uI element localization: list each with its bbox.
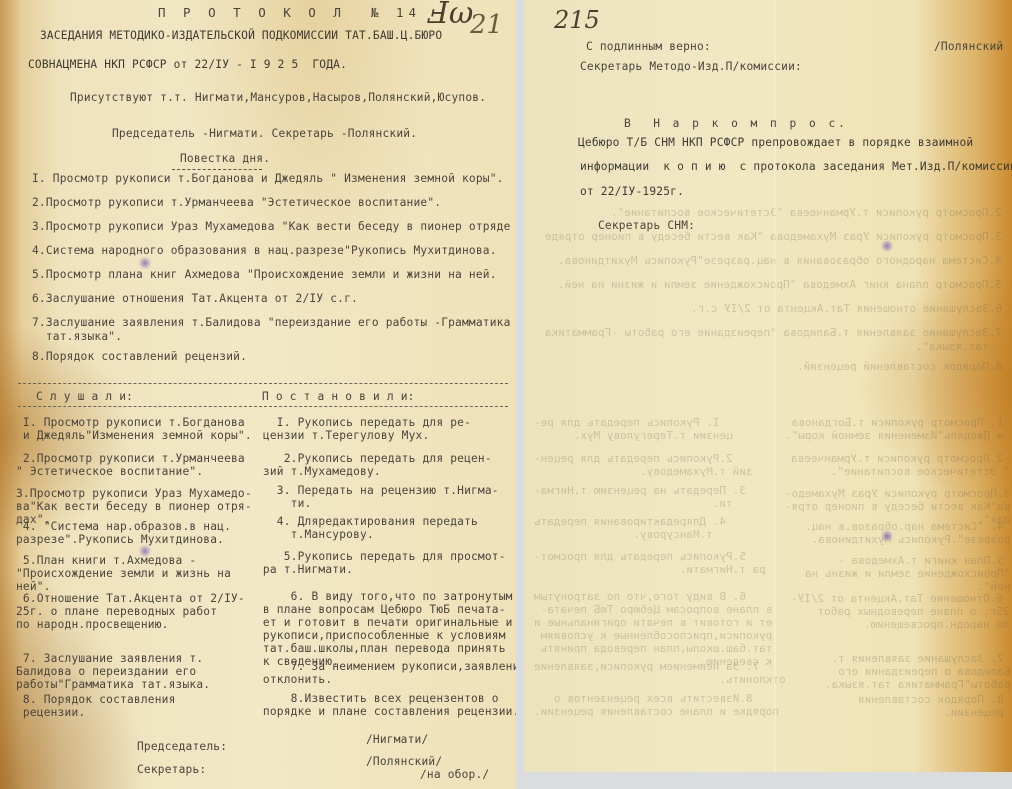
bleed-text: 8.Порядок составлений рецензий. (797, 360, 1002, 374)
heard-item: 6.Отношение Тат.Акцента от 2/IУ- 25г. о … (16, 592, 245, 631)
agenda-item: 6.Заслушание отношения Тат.Акцента от 2/… (32, 292, 358, 306)
heard-item: 2.Просмотр рукописи т.Урманчеева " Эстет… (16, 452, 245, 478)
body-line-2: информации к о п и ю с протокола заседан… (580, 160, 1012, 174)
decided-item: 3. Передать на рецензию т.Нигма- ти. (256, 484, 499, 510)
bleed-text: 6. В виду того,что по затронутым в плане… (534, 590, 779, 668)
agenda-underline (172, 169, 262, 170)
bleed-text: 3. Передать на рецензию т.Нигма- ти. (534, 484, 766, 510)
agenda-item: 8.Порядок составлений рецензий. (32, 350, 247, 364)
handwritten-mark: Ⅎω (428, 0, 473, 31)
agenda-item: 5.Просмотр плана книг Ахмедова "Происхож… (32, 268, 497, 282)
left-page-protocol: Ⅎω 21 П Р О Т О К О Л № 14 ЗАСЕДАНИЯ МЕТ… (0, 0, 516, 789)
ink-stain (880, 530, 894, 542)
agenda-item: 2.Просмотр рукописи т.Урманчеева "Эстети… (32, 196, 441, 210)
agenda-item: 3.Просмотр рукописи Ураз Мухамедова "Как… (32, 220, 511, 234)
secretary-signature: /Полянский/ (366, 755, 442, 769)
bleed-text: 5.Просмотр плана книг Ахмедова "Происхож… (558, 278, 1002, 292)
snm-secretary: Секретарь СНМ: (598, 219, 695, 233)
ink-stain (138, 257, 152, 269)
agenda-item: 4.Система народного образования в нац.ра… (32, 244, 497, 258)
bleed-text: 5.Рукопись передать для просмот- ра т.Ни… (534, 550, 772, 576)
bleed-text: 5.План книги т.Ахмедова - "Происхождение… (805, 554, 1010, 593)
bleed-text: 6.Заслушание отношения Тат.Акцента от 2/… (691, 302, 1002, 316)
heard-item: 5.План книги т.Ахмедова - "Происхождение… (16, 554, 231, 593)
bleed-text: 7. Заслушание заявления т. Балидова о пе… (825, 652, 1010, 691)
chair-label: Председатель: (137, 740, 227, 754)
decided-item: 8.Известить всех рецензентов о порядке и… (256, 692, 516, 718)
secretary-label: Секретарь: (137, 763, 206, 777)
bleed-text: 4.Система народного образования в нац.ра… (558, 254, 1002, 268)
agenda-item: 7.Заслушание заявления т.Балидова "переи… (32, 316, 511, 344)
decided-item: 6. В виду того,что по затронутым в плане… (256, 590, 513, 668)
bleed-text: I. Просмотр рукописи т.Богданова и Джедя… (785, 416, 1010, 442)
paper-fold (774, 0, 776, 772)
decided-item: I. Рукопись передать для ре- цензии т.Те… (256, 416, 471, 442)
addressee: В Н а р к о м п р о с. (624, 117, 848, 131)
bleed-text: 8.Известить всех рецензентов о порядке и… (534, 692, 786, 718)
bleed-text: 2.Просмотр рукописи т.Урманчеева " Эстет… (791, 452, 1010, 478)
heard-item: 7. Заслушание заявления т. Балидова о пе… (16, 652, 210, 691)
heard-item: 8. Порядок составления рецензии. (16, 693, 176, 719)
document-title: П Р О Т О К О Л № 14 (158, 6, 421, 20)
attendees: Присутствуют т.т. Нигмати,Мансуров,Насыр… (70, 91, 486, 105)
heard-item: 4. "Система нар.образов.в нац. разрезе".… (16, 520, 231, 546)
decided-item: 4. Дляредактирования передать т.Мансуров… (256, 515, 478, 541)
divider-bottom (18, 406, 508, 407)
heard-heading: С л у ш а л и: (36, 390, 133, 404)
divider-top (18, 383, 508, 384)
handwritten-page-number: 21 (470, 10, 503, 40)
right-page-cover-letter: 2.Просмотр рукописи т.Урманчеева "Эстети… (524, 0, 1012, 772)
agenda-item: I. Просмотр рукописи т.Богданова и Джедя… (32, 172, 504, 186)
subtitle-line-1: ЗАСЕДАНИЯ МЕТОДИКО-ИЗДАТЕЛЬСКОЙ ПОДКОМИС… (40, 29, 442, 43)
ink-stain (880, 240, 894, 252)
bleed-text: 6.Отношение Тат.Акцента от 2/IУ- 25г. о … (791, 592, 1010, 631)
heard-item: I. Просмотр рукописи т.Богданова и Джедя… (16, 416, 252, 442)
decided-item: 2.Рукопись передать для рецен- зий т.Мух… (256, 452, 492, 478)
decided-item: 7. За неимением рукописи,заявление откло… (256, 660, 516, 686)
handwritten-page-number: 215 (554, 6, 600, 34)
bleed-text: I. Рукопись передать для ре- цензии т.Те… (534, 416, 739, 442)
bleed-text: 2.Просмотр рукописи т.Урманчеева "Эстети… (611, 206, 1002, 220)
bleed-text: 7. За неимением рукописи,заявление откло… (534, 660, 792, 686)
subtitle-line-2: СОВНАЦМЕНА НКП РСФСР от 22/IУ - I 9 2 5 … (28, 58, 347, 72)
chair-secretary: Председатель -Нигмати. Секретарь -Полянс… (112, 127, 417, 141)
certified-copy-label: С подлинным верно: (586, 40, 711, 54)
decided-item: 5.Рукопись передать для просмот- ра т.Ни… (256, 550, 506, 576)
bleed-text: 8. Порядок составления рецензии. (858, 693, 1010, 719)
body-line-3: от 22/IУ-1925г. (580, 185, 684, 199)
decided-heading: П о с т а н о в и л и: (262, 390, 415, 404)
bleed-text: 4. "Система нар.образов.в нац. разрезе".… (805, 520, 1010, 546)
chair-signature: /Нигмати/ (366, 733, 428, 747)
ink-stain (138, 545, 152, 557)
reverse-note: /на обор./ (420, 768, 489, 782)
bleed-text: 4. Дляредактирования передать т.Мансуров… (534, 515, 746, 541)
certified-secretary: Секретарь Методо-Изд.П/комиссии: (580, 60, 802, 74)
bleed-text: 2.Рукопись передать для рецен- зий т.Мух… (534, 452, 759, 478)
agenda-heading: Повестка дня. (180, 152, 270, 166)
body-line-1: Цебюро Т/Б СНМ НКП РСФСР препровождает в… (578, 136, 973, 150)
certified-signature: /Полянский (934, 40, 1003, 54)
